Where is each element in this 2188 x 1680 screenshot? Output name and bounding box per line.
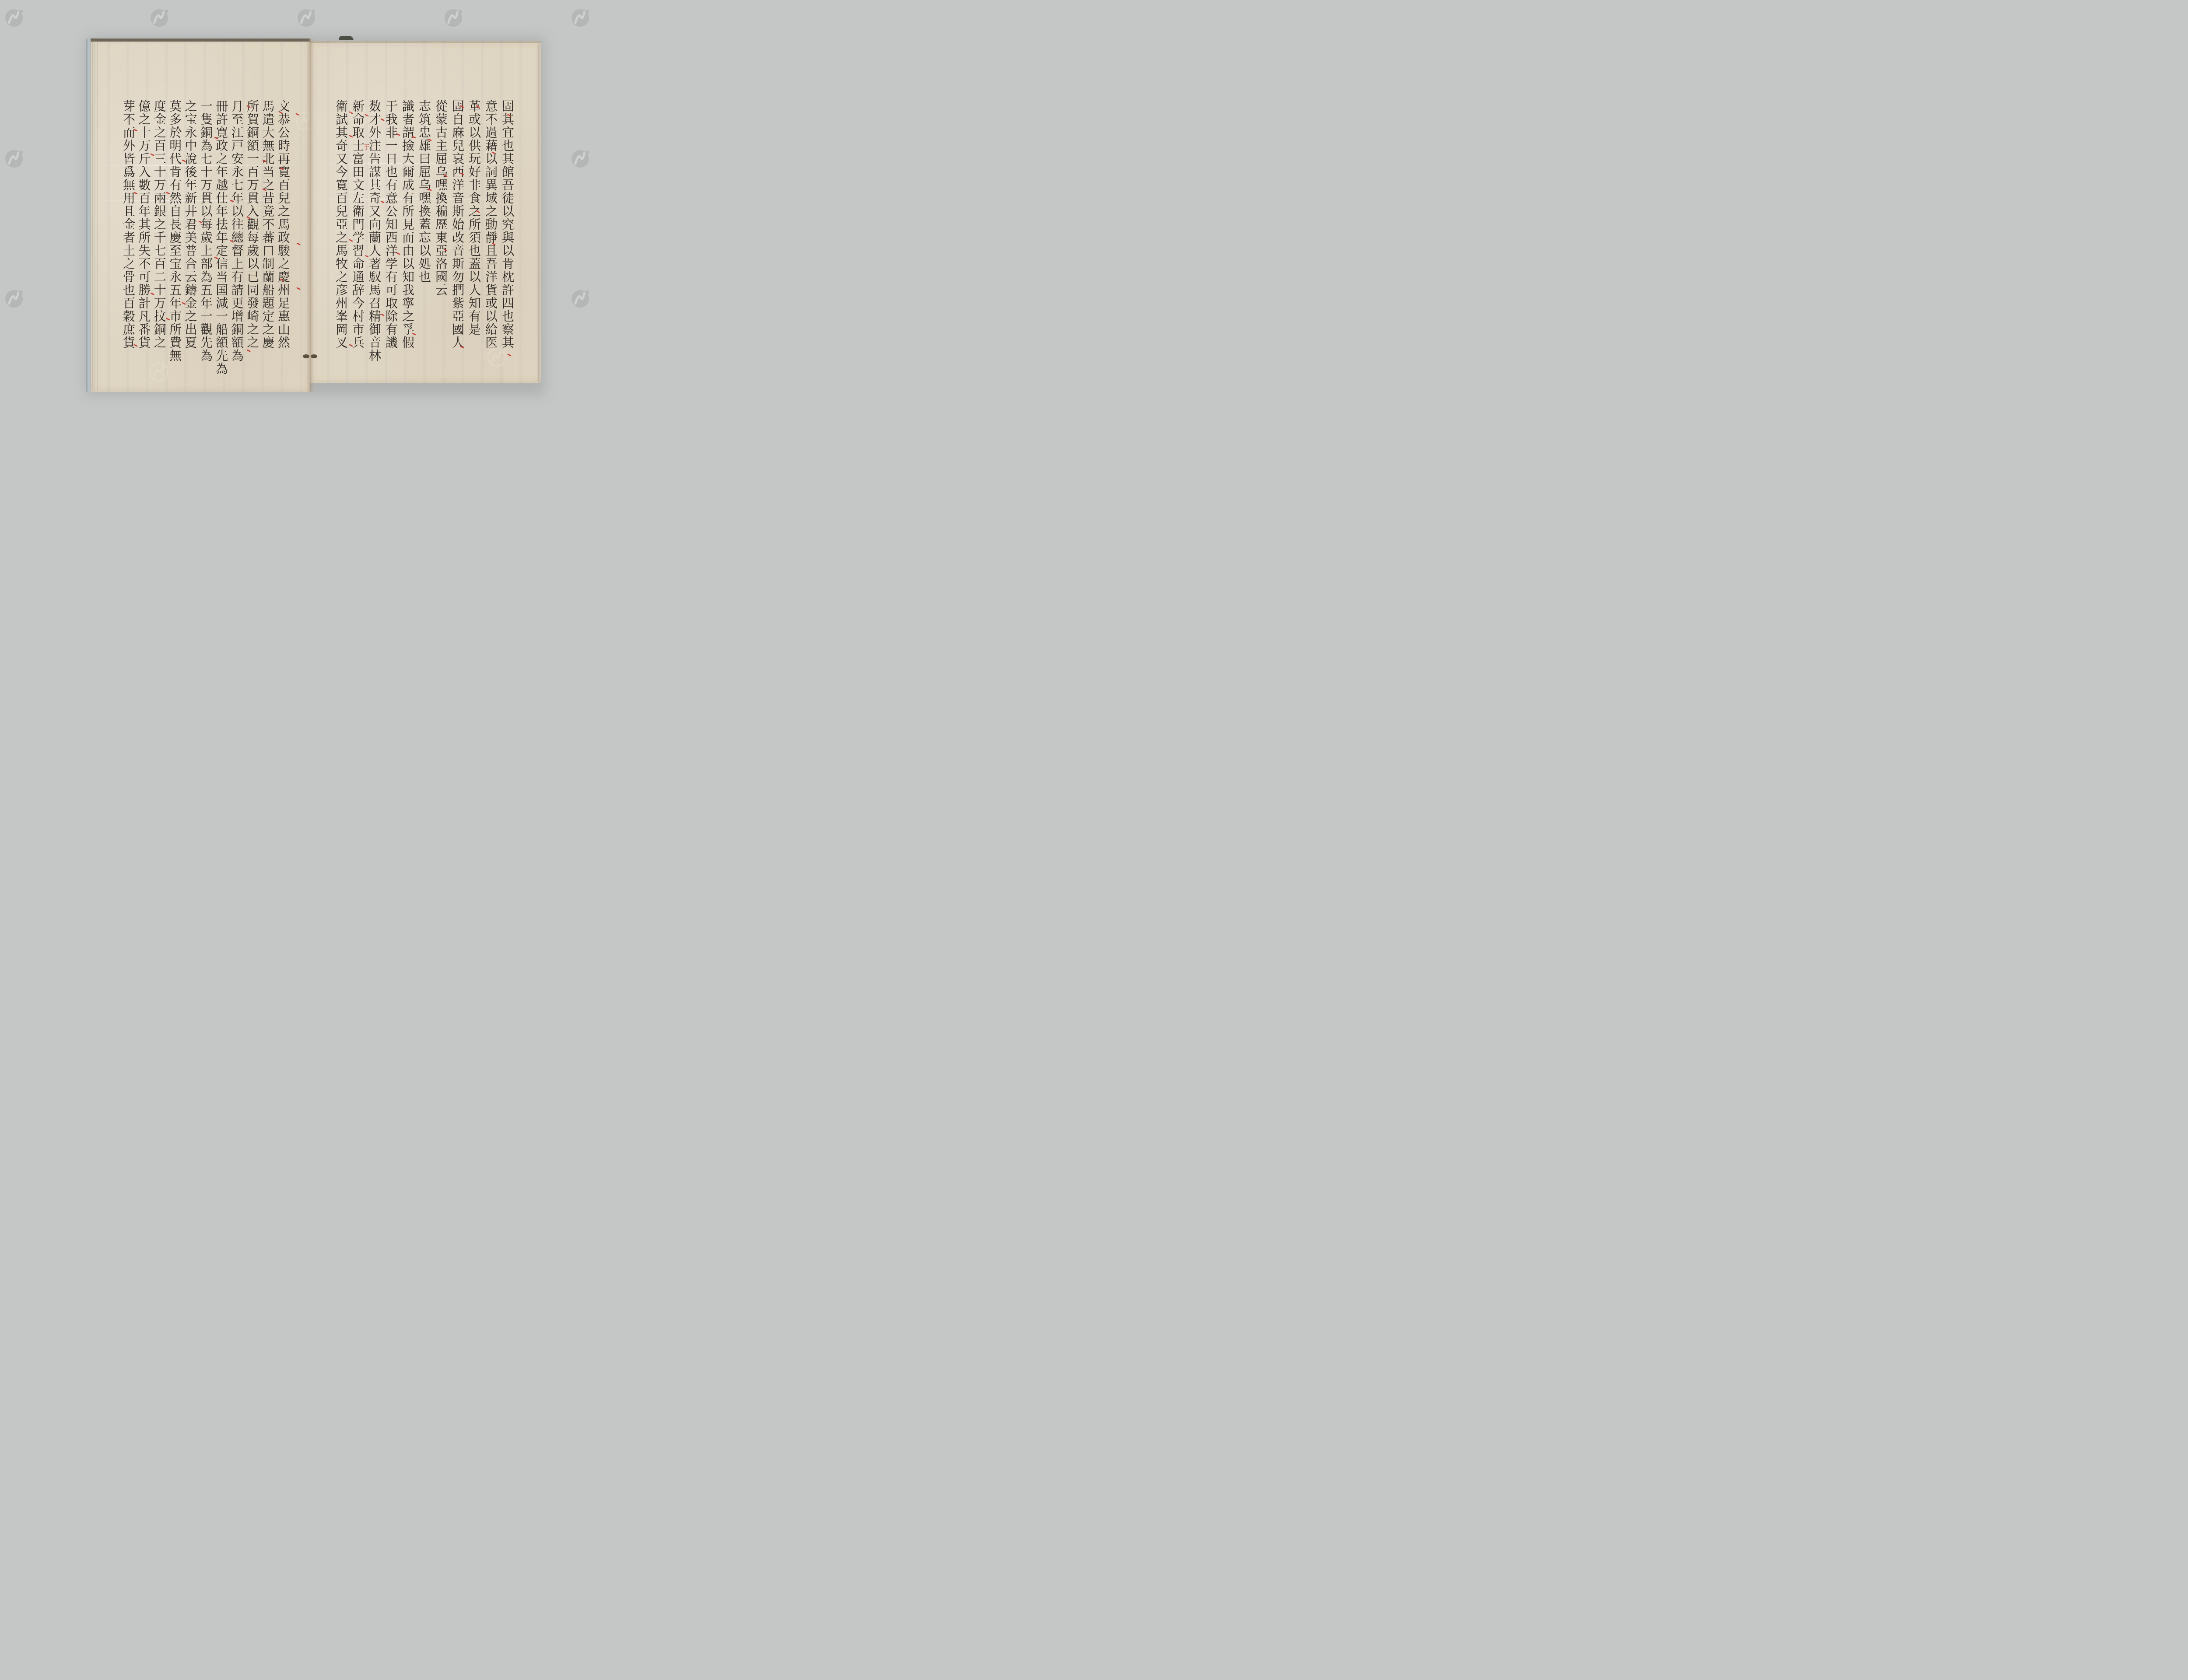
text-column: 之宝永中說後年新井君美普合云鑄金之出夏	[184, 100, 196, 362]
stitch-hole	[303, 354, 318, 359]
watermark-logo-icon	[567, 144, 593, 171]
watermark-logo-icon	[567, 284, 593, 311]
text-column: 文恭公時再寛百兒之馬政駿之慶州足惠山然	[277, 100, 289, 362]
text-column: 于我非一日也有意公知西洋学有可取除有譏	[385, 100, 397, 362]
red-punctuation-mark	[296, 242, 301, 245]
text-column: 從蒙古主屈乌嘿換稨歷東亞洛國云	[435, 100, 447, 362]
left-page-text-columns: 文恭公時再寛百兒之馬政駿之慶州足惠山然 馬遣大無北当之昔竟不蕃口制蘭船題定之慶 …	[122, 100, 289, 362]
right-page-top-edge	[310, 41, 541, 43]
text-column: 一隻銅為七十万貫以每歲上部為五年一觀先為	[200, 100, 212, 362]
left-page-stack	[91, 40, 98, 390]
watermark-logo-icon	[146, 248, 172, 274]
watermark-logo-icon	[293, 3, 319, 30]
text-column: 革或以供玩好非食之所須也蓋以人知有是	[468, 100, 480, 362]
open-book: 文恭公時再寛百兒之馬政駿之慶州足惠山然 馬遣大無北当之昔竟不蕃口制蘭船題定之慶 …	[86, 38, 541, 394]
book-spine-gutter	[306, 38, 314, 392]
photo-stage: 文恭公時再寛百兒之馬政駿之慶州足惠山然 馬遣大無北当之昔竟不蕃口制蘭船題定之慶 …	[0, 0, 630, 420]
watermark-logo-icon	[146, 358, 172, 384]
text-column: 度金之百三十万兩銀之千七百二十万抆銅之	[153, 100, 165, 362]
watermark-logo-icon	[146, 3, 172, 30]
text-column: 識者謂撿大爾成有所見而由以知我寧之孚假	[401, 100, 414, 362]
text-column: 月至江戸安永七年以往總督上有請更增銅額為	[231, 100, 243, 362]
watermark-logo-icon	[1, 144, 27, 171]
left-page-top-edge	[91, 38, 310, 42]
text-column: 所賀銅額一百万貫入觀每歲以已同發崎之之	[246, 100, 258, 362]
binding-tab	[339, 36, 354, 40]
watermark-logo-icon	[484, 102, 510, 129]
left-page: 文恭公時再寛百兒之馬政駿之慶州足惠山然 馬遣大無北当之昔竟不蕃口制蘭船題定之慶 …	[91, 38, 310, 392]
watermark-logo-icon	[345, 102, 372, 129]
right-page: 固其宜也其館吾徒以究與以肯枕許四也察其 意不過藉以詞異域之動靜且吾洋貨或以給医 …	[310, 41, 541, 383]
text-column: 莫多於明代肯有然自長慶至宝永五年市所費無	[168, 100, 181, 362]
watermark-logo-icon	[146, 107, 172, 133]
text-column: 新命取士富田文左衛門学習命通辞今村市兵	[351, 100, 364, 362]
watermark-logo-icon	[440, 3, 466, 30]
text-column: 衛試其奇又今寛百兒亞之馬牧之彦州峯岡叉	[335, 100, 347, 362]
watermark-logo-icon	[1, 3, 27, 30]
watermark-logo-icon	[484, 343, 510, 369]
right-page-stack	[537, 45, 541, 381]
text-column: 芽不而外皆爲無用且金者土之骨也百穀庶貨	[122, 100, 134, 362]
text-column: 数才外注告謀其奇又向蘭人著馭馬召精御音林	[368, 100, 380, 362]
watermark-logo-icon	[1, 284, 27, 311]
right-page-text-columns: 固其宜也其館吾徒以究與以肯枕許四也察其 意不過藉以詞異域之動靜且吾洋貨或以給医 …	[335, 100, 513, 362]
text-column: 固其宜也其館吾徒以究與以肯枕許四也察其	[501, 100, 513, 362]
watermark-logo-icon	[345, 247, 372, 273]
text-column: 意不過藉以詞異域之動靜且吾洋貨或以給医	[484, 100, 497, 362]
red-inline-annotation: 于	[364, 143, 370, 151]
red-punctuation-mark	[296, 287, 301, 290]
watermark-logo-icon	[567, 3, 593, 30]
text-column: 億之十万斤入數百年其所失不可勝計凡番貨	[137, 100, 150, 362]
text-column: 固自麻兒哀西洋音斯始改音斯勿捫紫亞國人	[451, 100, 463, 362]
text-column: 馬遣大無北当之昔竟不蕃口制蘭船題定之慶	[262, 100, 274, 362]
